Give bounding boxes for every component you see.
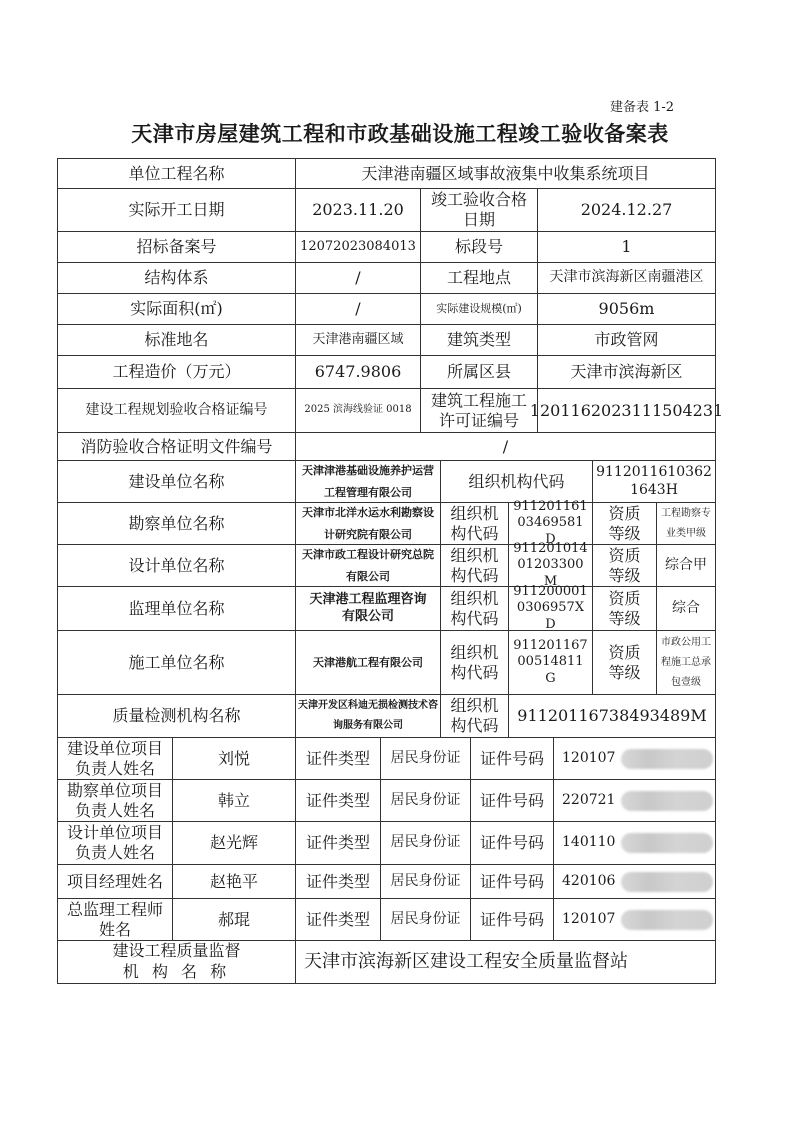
- id-no-label-design: 证件号码: [470, 821, 554, 865]
- org-code-contractor: 91120116700514811G: [508, 630, 593, 695]
- id-prefix: 120107: [562, 911, 615, 929]
- org-code-label-supervisor: 组织机构代码: [440, 586, 509, 631]
- qual-label-survey: 资质等级: [592, 502, 657, 545]
- person-role-design: 设计单位项目负责人姓名: [57, 821, 173, 865]
- supervision-label: 建设工程质量监督 机 构 名 称: [57, 940, 296, 984]
- org-code-survey: 91120116103469581D: [508, 502, 593, 545]
- id-prefix: 120107: [562, 750, 615, 768]
- cost-value: 6747.9806: [295, 355, 421, 389]
- qual-survey: 工程勘察专业类甲级: [656, 502, 716, 545]
- org-code-label-testing: 组织机构代码: [440, 694, 509, 738]
- section-no-label: 标段号: [420, 231, 538, 263]
- structure-label: 结构体系: [57, 262, 296, 294]
- qual-label-contractor: 资质等级: [592, 630, 657, 695]
- person-role-pm: 项目经理姓名: [57, 864, 173, 899]
- qual-label-design: 资质等级: [592, 544, 657, 587]
- person-name-pm: 赵艳平: [172, 864, 296, 899]
- page-title: 天津市房屋建筑工程和市政基础设施工程竣工验收备案表: [0, 118, 800, 148]
- unit-name-construction: 天津津港基础设施养护运营工程管理有限公司: [295, 460, 441, 503]
- id-no-survey: 220721: [553, 779, 716, 822]
- unit-label-design: 设计单位名称: [57, 544, 296, 587]
- id-type-label-pm: 证件类型: [295, 864, 381, 899]
- std-place-value: 天津港南疆区域: [295, 324, 421, 356]
- tender-no-value: 12072023084013: [295, 231, 421, 263]
- person-role-chief-supervisor: 总监理工程师姓名: [57, 898, 173, 941]
- id-type-label-chief-supervisor: 证件类型: [295, 898, 381, 941]
- id-type-pm: 居民身份证: [380, 864, 471, 899]
- permit-value: 1201162023111504231: [537, 388, 716, 433]
- location-label: 工程地点: [420, 262, 538, 294]
- district-label: 所属区县: [420, 355, 538, 389]
- section-no-value: 1: [537, 231, 716, 263]
- id-type-label-construction: 证件类型: [295, 737, 381, 780]
- std-place-label: 标准地名: [57, 324, 296, 356]
- org-code-construction: 91120116103621643H: [592, 460, 716, 503]
- project-name-label: 单位工程名称: [57, 158, 296, 189]
- org-code-label-construction: 组织机构代码: [440, 460, 593, 503]
- supervision-label-line2: 机 构 名 称: [123, 962, 230, 983]
- redacted-id-blur: [621, 910, 713, 930]
- id-no-construction: 120107: [553, 737, 716, 780]
- unit-name-supervisor: 天津港工程监理咨询有限公司: [295, 586, 441, 631]
- structure-value: /: [295, 262, 421, 294]
- unit-name-survey: 天津市北洋水运水利勘察设计研究院有限公司: [295, 502, 441, 545]
- tender-no-label: 招标备案号: [57, 231, 296, 263]
- location-value: 天津市滨海新区南疆港区: [537, 262, 716, 294]
- id-no-label-survey: 证件号码: [470, 779, 554, 822]
- id-type-design: 居民身份证: [380, 821, 471, 865]
- id-type-chief-supervisor: 居民身份证: [380, 898, 471, 941]
- cost-label: 工程造价（万元）: [57, 355, 296, 389]
- person-role-survey: 勘察单位项目负责人姓名: [57, 779, 173, 822]
- id-prefix: 140110: [562, 834, 615, 852]
- org-code-supervisor: 9112000010306957XD: [508, 586, 593, 631]
- form-code: 建备表 1-2: [610, 96, 674, 115]
- org-code-label-survey: 组织机构代码: [440, 502, 509, 545]
- id-prefix: 220721: [562, 792, 615, 810]
- person-role-construction: 建设单位项目负责人姓名: [57, 737, 173, 780]
- scale-value: 9056m: [537, 293, 716, 325]
- redacted-id-blur: [621, 749, 713, 769]
- unit-name-contractor: 天津港航工程有限公司: [295, 630, 441, 695]
- supervision-agency-name: 天津市滨海新区建设工程安全质量监督站: [295, 940, 716, 984]
- id-no-label-construction: 证件号码: [470, 737, 554, 780]
- planning-cert-label: 建设工程规划验收合格证编号: [57, 388, 296, 433]
- redacted-id-blur: [621, 791, 713, 811]
- id-no-pm: 420106: [553, 864, 716, 899]
- planning-cert-value: 2025 滨海线验证 0018: [295, 388, 421, 433]
- start-date-label: 实际开工日期: [57, 188, 296, 232]
- area-value: /: [295, 293, 421, 325]
- fire-cert-value: /: [295, 432, 716, 461]
- person-name-survey: 韩立: [172, 779, 296, 822]
- person-name-design: 赵光辉: [172, 821, 296, 865]
- id-no-design: 140110: [553, 821, 716, 865]
- id-type-label-design: 证件类型: [295, 821, 381, 865]
- acceptance-date-value: 2024.12.27: [537, 188, 716, 232]
- supervision-label-line1: 建设工程质量监督: [112, 941, 240, 962]
- id-no-chief-supervisor: 120107: [553, 898, 716, 941]
- unit-label-testing: 质量检测机构名称: [57, 694, 296, 738]
- district-value: 天津市滨海新区: [537, 355, 716, 389]
- permit-label: 建筑工程施工许可证编号: [420, 388, 538, 433]
- qual-contractor: 市政公用工程施工总承包壹级: [656, 630, 716, 695]
- project-name-value: 天津港南疆区域事故液集中收集系统项目: [295, 158, 716, 189]
- area-label: 实际面积(㎡): [57, 293, 296, 325]
- unit-label-construction: 建设单位名称: [57, 460, 296, 503]
- person-name-chief-supervisor: 郝琨: [172, 898, 296, 941]
- qual-design: 综合甲: [656, 544, 716, 587]
- id-type-label-survey: 证件类型: [295, 779, 381, 822]
- org-code-testing: 91120116738493489M: [508, 694, 716, 738]
- id-prefix: 420106: [562, 873, 615, 891]
- id-no-label-pm: 证件号码: [470, 864, 554, 899]
- qual-label-supervisor: 资质等级: [592, 586, 657, 631]
- qual-supervisor: 综合: [656, 586, 716, 631]
- person-name-construction: 刘悦: [172, 737, 296, 780]
- scale-label: 实际建设规模(㎡): [420, 293, 538, 325]
- unit-label-contractor: 施工单位名称: [57, 630, 296, 695]
- id-type-survey: 居民身份证: [380, 779, 471, 822]
- unit-name-design: 天津市政工程设计研究总院有限公司: [295, 544, 441, 587]
- id-no-label-chief-supervisor: 证件号码: [470, 898, 554, 941]
- building-type-label: 建筑类型: [420, 324, 538, 356]
- redacted-id-blur: [621, 872, 713, 892]
- unit-label-survey: 勘察单位名称: [57, 502, 296, 545]
- org-code-label-design: 组织机构代码: [440, 544, 509, 587]
- unit-label-supervisor: 监理单位名称: [57, 586, 296, 631]
- building-type-value: 市政管网: [537, 324, 716, 356]
- org-code-design: 91120101401203300M: [508, 544, 593, 587]
- unit-name-testing: 天津开发区科迪无损检测技术咨询服务有限公司: [295, 694, 441, 738]
- id-type-construction: 居民身份证: [380, 737, 471, 780]
- fire-cert-label: 消防验收合格证明文件编号: [57, 432, 296, 461]
- redacted-id-blur: [621, 833, 713, 853]
- start-date-value: 2023.11.20: [295, 188, 421, 232]
- org-code-label-contractor: 组织机构代码: [440, 630, 509, 695]
- acceptance-date-label: 竣工验收合格日期: [420, 188, 538, 232]
